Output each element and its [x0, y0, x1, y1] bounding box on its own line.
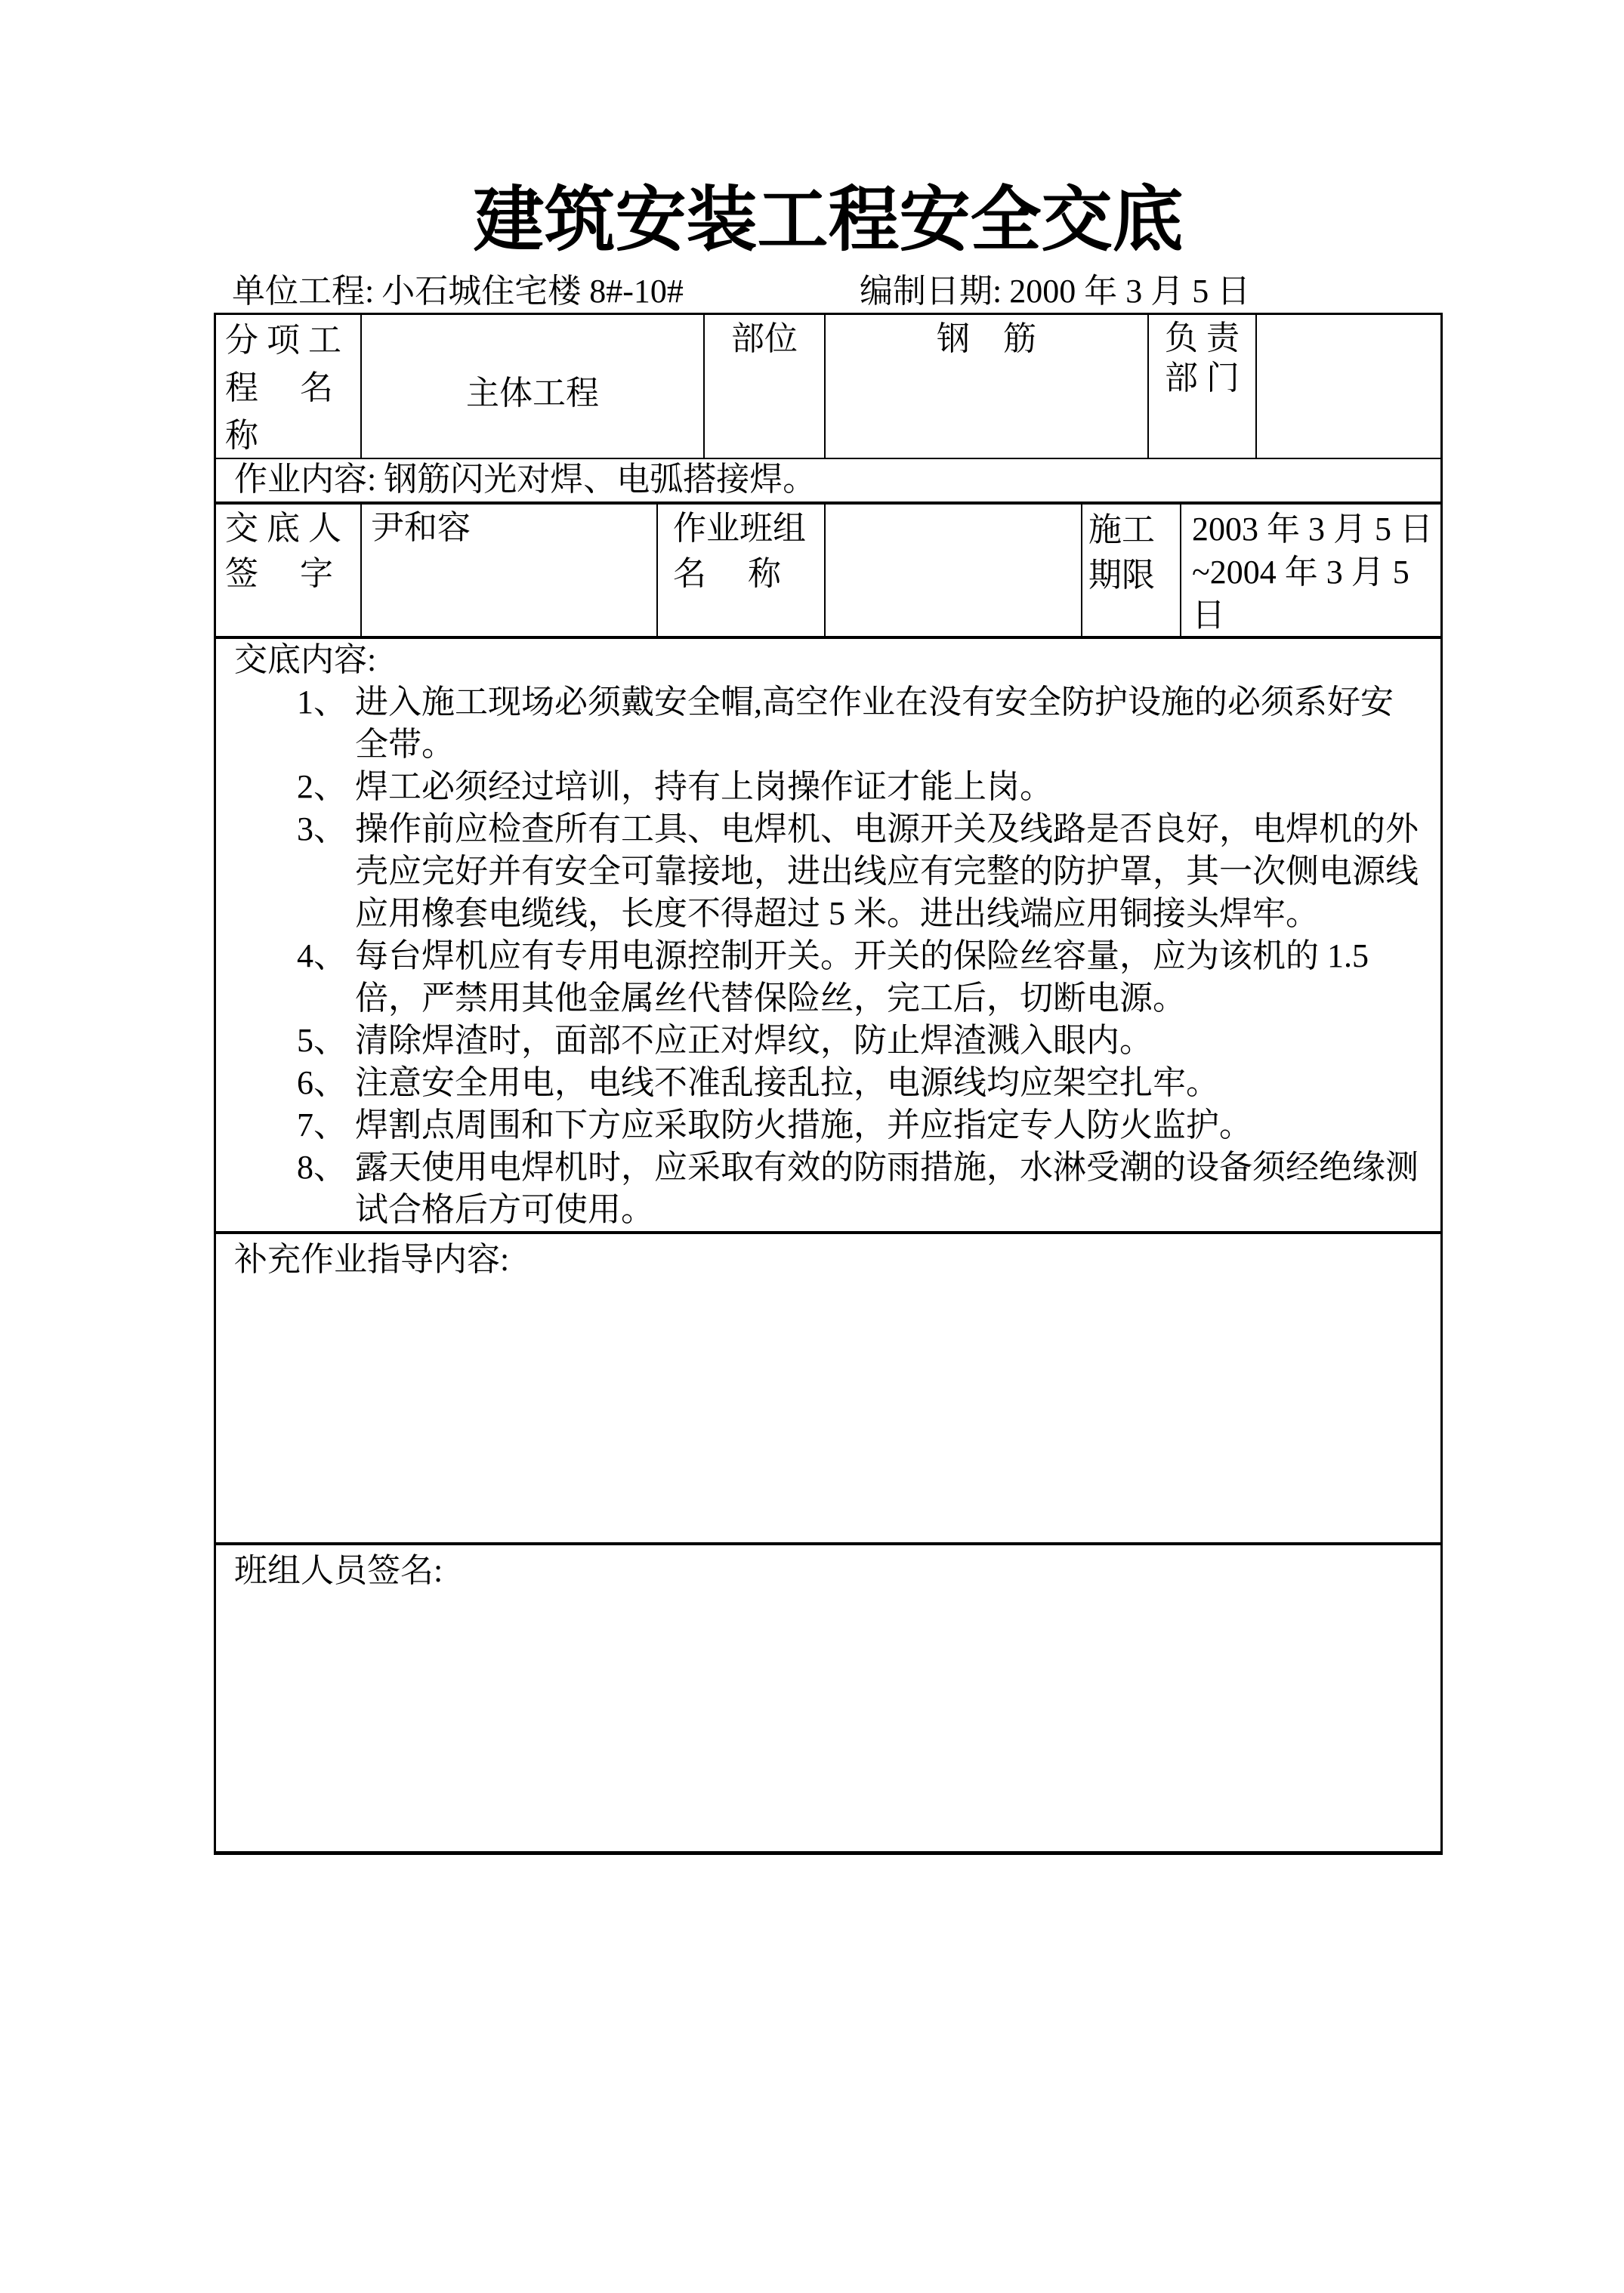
briefing-item-text: 操作前应检查所有工具、电焊机、电源开关及线路是否良好，电焊机的外壳应完好并有安全… — [355, 808, 1440, 935]
work-content-label: 作业内容: — [234, 461, 376, 498]
unit-project-label: 单位工程: — [232, 273, 374, 310]
supplement-section: 补充作业指导内容: — [216, 1234, 1440, 1545]
briefing-item: 6、 注意安全用电，电线不准乱接乱拉，电源线均应架空扎牢。 — [216, 1062, 1440, 1104]
briefing-item-text: 注意安全用电，电线不准乱接乱拉，电源线均应架空扎牢。 — [355, 1062, 1440, 1104]
subproject-name-value-cell: 主体工程 — [362, 315, 705, 458]
work-content-cell: 作业内容:钢筋闪光对焊、电弧搭接焊。 — [216, 459, 1440, 501]
table-row-header: 分 项 工 程 名 称 主体工程 部位 钢 筋 负 责 部 门 — [216, 315, 1440, 459]
briefing-item: 7、 焊割点周围和下方应采取防火措施，并应指定专人防火监护。 — [216, 1104, 1440, 1146]
work-team-label-line1: 作业班组 — [673, 506, 824, 551]
briefing-item-text: 焊工必须经过培训，持有上岗操作证才能上岗。 — [355, 766, 1440, 808]
briefing-item-number: 4、 — [297, 935, 355, 1020]
safety-disclosure-table: 分 项 工 程 名 称 主体工程 部位 钢 筋 负 责 部 门 作业内容:钢筋闪… — [214, 313, 1443, 1855]
page-title: 建筑安装工程安全交底 — [214, 177, 1443, 264]
responsible-dept-value-cell — [1257, 315, 1440, 458]
signatures-label: 班组人员签名: — [216, 1545, 1440, 1592]
subproject-name-label-cell: 分 项 工 程 名 称 — [216, 315, 362, 458]
signer-label-line1: 交 底 人 — [225, 506, 356, 551]
table-row-signer: 交 底 人 签 字 尹和容 作业班组 名 称 施工 期限 2003 年 3 月 … — [216, 505, 1440, 639]
briefing-item-number: 8、 — [297, 1146, 355, 1231]
compile-date-label: 编制日期: — [860, 273, 1002, 310]
responsible-dept-label-line1: 负 责 — [1149, 318, 1255, 358]
briefing-item: 5、 清除焊渣时，面部不应正对焊纹，防止焊渣溅入眼内。 — [216, 1020, 1440, 1062]
briefing-item: 1、 进入施工现场必须戴安全帽,高空作业在没有安全防护设施的必须系好安全带。 — [216, 681, 1440, 766]
briefing-item-text: 进入施工现场必须戴安全帽,高空作业在没有安全防护设施的必须系好安全带。 — [355, 681, 1440, 766]
work-content-value: 钢筋闪光对焊、电弧搭接焊。 — [384, 461, 816, 498]
compile-date-value: 2000 年 3 月 5 日 — [1009, 273, 1250, 310]
construction-period-label-line1: 施工 — [1088, 508, 1180, 553]
briefing-section: 交底内容: 1、 进入施工现场必须戴安全帽,高空作业在没有安全防护设施的必须系好… — [216, 639, 1440, 1234]
unit-project-value: 小石城住宅楼 8#-10# — [381, 273, 684, 310]
responsible-dept-label-line2: 部 门 — [1149, 358, 1255, 398]
work-team-label-cell: 作业班组 名 称 — [658, 505, 826, 636]
construction-period-label-cell: 施工 期限 — [1082, 505, 1181, 636]
work-team-label-line2: 名 称 — [673, 551, 824, 597]
construction-period-value-cell: 2003 年 3 月 5 日~2004 年 3 月 5 日 — [1181, 505, 1440, 636]
briefing-item-number: 5、 — [297, 1020, 355, 1062]
signatures-section: 班组人员签名: — [216, 1545, 1440, 1851]
briefing-item: 8、 露天使用电焊机时，应采取有效的防雨措施，水淋受潮的设备须经绝缘测试合格后方… — [216, 1146, 1440, 1231]
responsible-dept-label-cell: 负 责 部 门 — [1149, 315, 1257, 458]
briefing-item-number: 1、 — [297, 681, 355, 766]
table-row-work-content: 作业内容:钢筋闪光对焊、电弧搭接焊。 — [216, 459, 1440, 505]
briefing-item: 3、 操作前应检查所有工具、电焊机、电源开关及线路是否良好，电焊机的外壳应完好并… — [216, 808, 1440, 935]
briefing-item-number: 7、 — [297, 1104, 355, 1146]
part-label-cell: 部位 — [705, 315, 826, 458]
part-value-cell: 钢 筋 — [826, 315, 1149, 458]
unit-project: 单位工程:小石城住宅楼 8#-10# — [232, 270, 684, 313]
briefing-item-text: 每台焊机应有专用电源控制开关。开关的保险丝容量，应为该机的 1.5 倍，严禁用其… — [355, 935, 1440, 1020]
briefing-item: 4、 每台焊机应有专用电源控制开关。开关的保险丝容量，应为该机的 1.5 倍，严… — [216, 935, 1440, 1020]
supplement-label: 补充作业指导内容: — [216, 1234, 1440, 1281]
signer-value-cell: 尹和容 — [362, 505, 658, 636]
briefing-item-number: 3、 — [297, 808, 355, 935]
briefing-item-number: 2、 — [297, 766, 355, 808]
subproject-name-label-line1: 分 项 工 — [225, 316, 356, 364]
work-team-value-cell — [826, 505, 1082, 636]
briefing-item-number: 6、 — [297, 1062, 355, 1104]
subproject-name-label-line3: 称 — [225, 412, 356, 458]
signer-label-cell: 交 底 人 签 字 — [216, 505, 362, 636]
signer-label-line2: 签 字 — [225, 551, 356, 597]
meta-line: 单位工程:小石城住宅楼 8#-10# 编制日期:2000 年 3 月 5 日 — [214, 270, 1443, 313]
briefing-label: 交底内容: — [216, 639, 1440, 681]
subproject-name-label-line2: 程 名 — [225, 364, 356, 412]
construction-period-label-line2: 期限 — [1088, 553, 1180, 598]
briefing-item: 2、 焊工必须经过培训，持有上岗操作证才能上岗。 — [216, 766, 1440, 808]
briefing-item-text: 清除焊渣时，面部不应正对焊纹，防止焊渣溅入眼内。 — [355, 1020, 1440, 1062]
briefing-item-text: 焊割点周围和下方应采取防火措施，并应指定专人防火监护。 — [355, 1104, 1440, 1146]
compile-date: 编制日期:2000 年 3 月 5 日 — [860, 270, 1250, 313]
briefing-item-text: 露天使用电焊机时，应采取有效的防雨措施，水淋受潮的设备须经绝缘测试合格后方可使用… — [355, 1146, 1440, 1231]
document-page: 建筑安装工程安全交底 单位工程:小石城住宅楼 8#-10# 编制日期:2000 … — [214, 0, 1443, 1855]
